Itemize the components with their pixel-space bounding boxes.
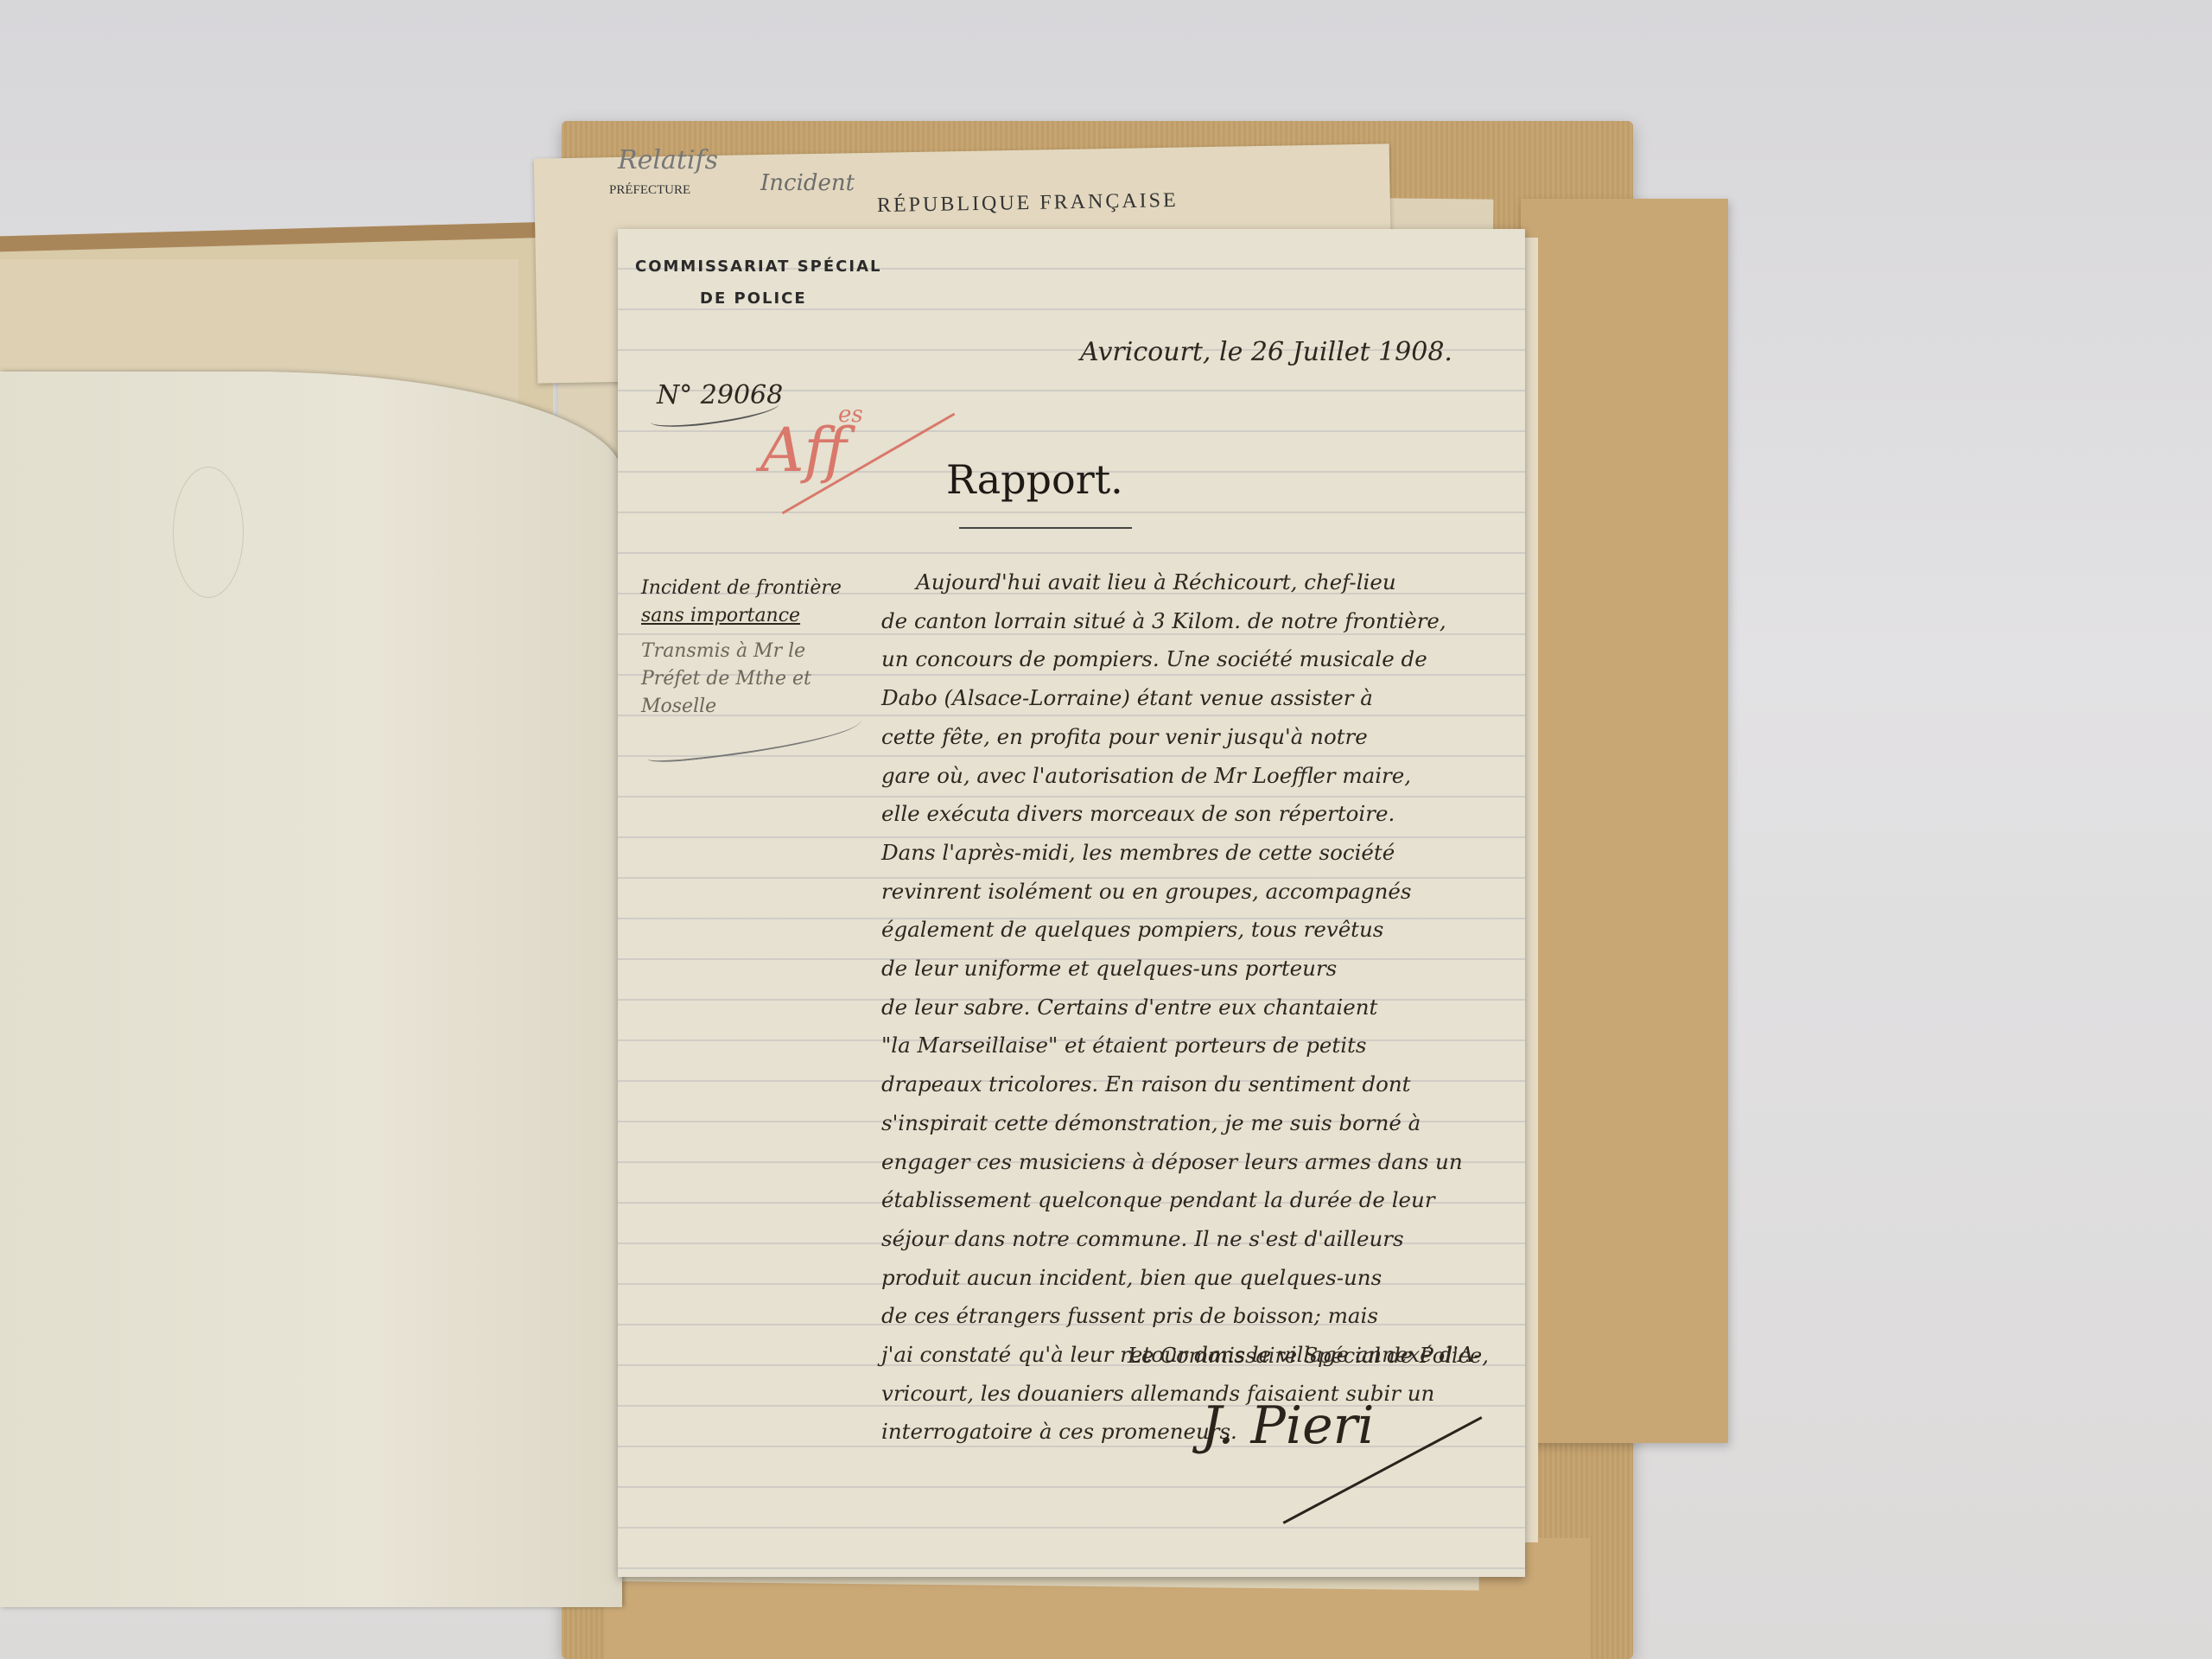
body-line: engager ces musiciens à déposer leurs ar… bbox=[881, 1143, 1478, 1182]
letterhead-line1: COMMISSARIAT SPÉCIAL bbox=[635, 257, 881, 276]
body-line: également de quelques pompiers, tous rev… bbox=[881, 911, 1478, 950]
body-line: interrogatoire à ces promeneurs. bbox=[881, 1413, 1478, 1452]
body-line: de leur uniforme et quelques-uns porteur… bbox=[881, 950, 1478, 988]
report-title: Rapport. bbox=[946, 456, 1123, 503]
body-line: vricourt, les douaniers allemands faisai… bbox=[881, 1375, 1478, 1414]
body-line: Dabo (Alsace-Lorraine) étant venue assis… bbox=[881, 679, 1478, 718]
margin-transmission: Transmis à Mr le Préfet de Mthe et Mosel… bbox=[641, 638, 874, 721]
body-line: s'inspirait cette démonstration, je me s… bbox=[881, 1104, 1478, 1143]
red-annotation-superscript: es bbox=[838, 402, 863, 428]
margin-subject-line: Incident de frontière bbox=[641, 575, 874, 602]
dateline: Avricourt, le 26 Juillet 1908. bbox=[1080, 337, 1452, 367]
body-line: de leur sabre. Certains d'entre eux chan… bbox=[881, 988, 1478, 1027]
body-line: elle exécuta divers morceaux de son répe… bbox=[881, 795, 1478, 834]
body-line: de canton lorrain situé à 3 Kilom. de no… bbox=[881, 602, 1478, 641]
letterhead-prefecture: PRÉFECTURE bbox=[609, 183, 690, 198]
margin-subject-line: sans importance bbox=[641, 602, 874, 630]
report-body: Aujourd'hui avait lieu à Réchicourt, che… bbox=[881, 563, 1478, 1452]
body-line: gare où, avec l'autorisation de Mr Loeff… bbox=[881, 757, 1478, 796]
margin-transmission-line: Préfet de Mthe et Moselle bbox=[641, 665, 874, 721]
faint-stamp-icon bbox=[173, 467, 244, 598]
red-annotation: Aff bbox=[760, 415, 847, 486]
body-line: de ces étrangers fussent pris de boisson… bbox=[881, 1297, 1478, 1336]
body-line: Dans l'après-midi, les membres de cette … bbox=[881, 834, 1478, 873]
body-line: revinrent isolément ou en groupes, accom… bbox=[881, 873, 1478, 912]
body-line: drapeaux tricolores. En raison du sentim… bbox=[881, 1065, 1478, 1104]
left-blank-page bbox=[0, 372, 622, 1607]
body-line: établissement quelconque pendant la duré… bbox=[881, 1181, 1478, 1220]
pencil-note-relatifs: Relatifs bbox=[618, 145, 718, 175]
body-line: Aujourd'hui avait lieu à Réchicourt, che… bbox=[881, 563, 1478, 602]
letterhead-line2: DE POLICE bbox=[700, 289, 807, 308]
signature: J. Pieri bbox=[1201, 1395, 1374, 1456]
pencil-note-incident: Incident bbox=[760, 170, 855, 196]
margin-transmission-line: Transmis à Mr le bbox=[641, 638, 874, 665]
margin-subject: Incident de frontière sans importance bbox=[641, 575, 874, 630]
folder-back-flap bbox=[1521, 199, 1728, 1443]
body-line: un concours de pompiers. Une société mus… bbox=[881, 640, 1478, 679]
body-line: "la Marseillaise" et étaient porteurs de… bbox=[881, 1027, 1478, 1065]
body-line: cette fête, en profita pour venir jusqu'… bbox=[881, 718, 1478, 757]
title-rule bbox=[959, 527, 1132, 529]
closing-line: Le Commissaire Spécial de Police, bbox=[1128, 1344, 1489, 1368]
body-line: séjour dans notre commune. Il ne s'est d… bbox=[881, 1220, 1478, 1259]
body-line: produit aucun incident, bien que quelque… bbox=[881, 1259, 1478, 1298]
